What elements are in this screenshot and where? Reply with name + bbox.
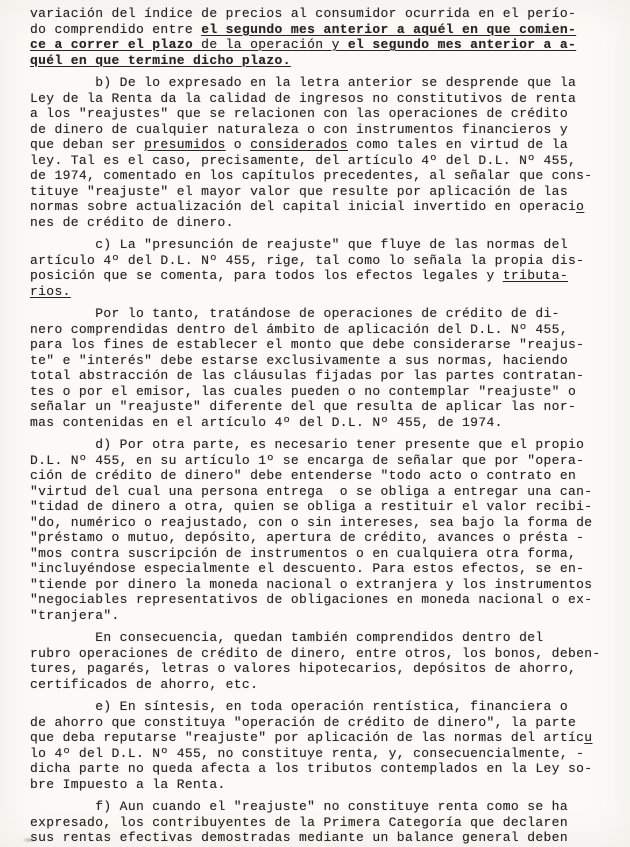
text-line: total abstracción de las cláusulas fijad… — [30, 368, 622, 384]
text-line: dicha parte no queda afecta a los tribut… — [30, 761, 622, 777]
text-line: Ley de la Renta da la calidad de ingreso… — [30, 91, 622, 107]
text-segment: "virtud del cual una persona entrega o s… — [30, 484, 592, 499]
text-segment: para los fines de establecer el monto qu… — [30, 337, 584, 352]
text-segment: total abstracción de las cláusulas fijad… — [30, 368, 584, 383]
text-line: lo 4º del D.L. Nº 455, no constituye ren… — [30, 746, 622, 762]
text-segment: "préstamo o mutuo, depósito, apertura de… — [30, 530, 584, 545]
text-segment: posición que se comenta, para todos los … — [30, 268, 503, 283]
text-segment: a los "reajustes" que se relacionen con … — [30, 106, 568, 121]
text-segment: quél en que termine dicho plazo. — [30, 53, 291, 68]
text-line: "tiende por dinero la moneda nacional o … — [30, 577, 622, 593]
text-line: "tidad de dinero a otra, quien se obliga… — [30, 499, 622, 515]
text-line: c) La "presunción de reajuste" que fluye… — [30, 237, 622, 253]
text-line: expresado, los contribuyentes de la Prim… — [30, 815, 622, 831]
text-segment: te" e "interés" debe estarse exclusivame… — [30, 353, 568, 368]
text-segment: tributa- — [503, 268, 568, 283]
text-segment: o — [576, 199, 584, 214]
text-segment: normas sobre actualización del capital i… — [30, 199, 576, 214]
text-line: "negociables representativos de obligaci… — [30, 592, 622, 608]
text-segment: certificados de ahorro, etc. — [30, 677, 258, 692]
text-line: de 1974, comentado en los capítulos prec… — [30, 168, 622, 184]
text-segment: de dinero de cualquier naturaleza o con … — [30, 122, 568, 137]
text-segment: dicha parte no queda afecta a los tribut… — [30, 761, 592, 776]
text-line: f) Aun cuando el "reajuste" no constituy… — [30, 799, 622, 815]
text-segment: el segundo mes anterior a a- — [348, 37, 576, 52]
text-line: Por lo tanto, tratándose de operaciones … — [30, 306, 622, 322]
text-line: ce a correr el plazo de la operación y e… — [30, 37, 622, 53]
text-line: nes de crédito de dinero. — [30, 215, 622, 231]
text-segment: sus rentas efectivas demostradas mediant… — [30, 830, 568, 845]
text-segment: e) En síntesis, en toda operación rentís… — [30, 699, 568, 714]
text-line: variación del índice de precios al consu… — [30, 6, 622, 22]
text-segment: do comprendido entre — [30, 22, 201, 37]
text-segment: que deba reputarse "reajuste" por aplica… — [30, 730, 584, 745]
text-segment: de la operación y — [193, 37, 348, 52]
text-segment: "incluyéndose especialmente el descuento… — [30, 561, 584, 576]
text-line: do comprendido entre el segundo mes ante… — [30, 22, 622, 38]
text-segment: "mos contra suscripción de instrumentos … — [30, 546, 576, 561]
paragraph: f) Aun cuando el "reajuste" no constituy… — [30, 799, 622, 846]
text-segment: nes de crédito de dinero. — [30, 215, 234, 230]
text-segment: nero comprendidas dentro del ámbito de a… — [30, 322, 568, 337]
text-segment: de ahorro que constituya "operación de c… — [30, 715, 576, 730]
paragraph: e) En síntesis, en toda operación rentís… — [30, 699, 622, 792]
text-line: posición que se comenta, para todos los … — [30, 268, 622, 284]
document-body: variación del índice de precios al consu… — [0, 0, 630, 846]
text-segment: tes o por el emisor, las cuales pueden o… — [30, 384, 576, 399]
text-segment: rubro operaciones de crédito de dinero, … — [30, 646, 601, 661]
text-segment: tures, pagarés, letras o valores hipotec… — [30, 661, 576, 676]
text-line: que deba reputarse "reajuste" por aplica… — [30, 730, 622, 746]
text-segment: artículo 4º del D.L. Nº 455, rige, tal c… — [30, 253, 584, 268]
text-segment: b) De lo expresado en la letra anterior … — [30, 75, 576, 90]
text-line: "mos contra suscripción de instrumentos … — [30, 546, 622, 562]
text-line: d) Por otra parte, es necesario tener pr… — [30, 437, 622, 453]
text-line: tituye "reajuste" el mayor valor que res… — [30, 184, 622, 200]
text-segment: ley. Tal es el caso, precisamente, del a… — [30, 153, 576, 168]
text-line: "préstamo o mutuo, depósito, apertura de… — [30, 530, 622, 546]
paragraph: variación del índice de precios al consu… — [30, 6, 622, 68]
text-segment: "do, numérico o reajustado, con o sin in… — [30, 515, 592, 530]
text-segment: "tidad de dinero a otra, quien se obliga… — [30, 499, 592, 514]
text-segment: o — [226, 137, 250, 152]
text-line: bre Impuesto a la Renta. — [30, 777, 622, 793]
text-segment: "tranjera". — [30, 608, 120, 623]
text-line: e) En síntesis, en toda operación rentís… — [30, 699, 622, 715]
text-segment: Ley de la Renta da la calidad de ingreso… — [30, 91, 576, 106]
paragraph: En consecuencia, quedan también comprend… — [30, 630, 622, 692]
text-line: artículo 4º del D.L. Nº 455, rige, tal c… — [30, 253, 622, 269]
paragraph: Por lo tanto, tratándose de operaciones … — [30, 306, 622, 430]
text-segment: d) Por otra parte, es necesario tener pr… — [30, 437, 584, 452]
text-segment: rios. — [30, 284, 71, 299]
text-segment: de 1974, comentado en los capítulos prec… — [30, 168, 592, 183]
text-segment: señalar un "reajuste" diferente del que … — [30, 399, 576, 414]
text-line: te" e "interés" debe estarse exclusivame… — [30, 353, 622, 369]
text-line: sus rentas efectivas demostradas mediant… — [30, 830, 622, 846]
text-line: de dinero de cualquier naturaleza o con … — [30, 122, 622, 138]
text-line: ción de crédito de dinero" debe entender… — [30, 468, 622, 484]
text-line: "do, numérico o reajustado, con o sin in… — [30, 515, 622, 531]
text-segment: "negociables representativos de obligaci… — [30, 592, 592, 607]
text-line: rubro operaciones de crédito de dinero, … — [30, 646, 622, 662]
text-segment: Por lo tanto, tratándose de operaciones … — [30, 306, 560, 321]
scan-smudge — [22, 837, 36, 843]
text-line: "tranjera". — [30, 608, 622, 624]
text-line: "incluyéndose especialmente el descuento… — [30, 561, 622, 577]
text-line: para los fines de establecer el monto qu… — [30, 337, 622, 353]
text-segment: "tiende por dinero la moneda nacional o … — [30, 577, 592, 592]
text-line: "virtud del cual una persona entrega o s… — [30, 484, 622, 500]
text-segment: f) Aun cuando el "reajuste" no constituy… — [30, 799, 568, 814]
text-segment: presumidos — [144, 137, 226, 152]
text-line: quél en que termine dicho plazo. — [30, 53, 622, 69]
text-segment: En consecuencia, quedan también comprend… — [30, 630, 544, 645]
paragraph: d) Por otra parte, es necesario tener pr… — [30, 437, 622, 623]
text-line: D.L. Nº 455, en su artículo 1º se encarg… — [30, 453, 622, 469]
text-line: señalar un "reajuste" diferente del que … — [30, 399, 622, 415]
text-segment: c) La "presunción de reajuste" que fluye… — [30, 237, 568, 252]
paragraph: c) La "presunción de reajuste" que fluye… — [30, 237, 622, 299]
text-line: normas sobre actualización del capital i… — [30, 199, 622, 215]
text-segment: considerados — [250, 137, 348, 152]
text-line: de ahorro que constituya "operación de c… — [30, 715, 622, 731]
text-segment: mas contenidas en el artículo 4º del D.L… — [30, 415, 503, 430]
text-line: ley. Tal es el caso, precisamente, del a… — [30, 153, 622, 169]
text-line: que deban ser presumidos o considerados … — [30, 137, 622, 153]
text-segment: como tales en virtud de la — [348, 137, 568, 152]
text-line: tures, pagarés, letras o valores hipotec… — [30, 661, 622, 677]
text-segment: el segundo mes anterior a aquél en que c… — [201, 22, 576, 37]
text-segment: lo 4º del D.L. Nº 455, no constituye ren… — [30, 746, 584, 761]
text-segment: u — [584, 730, 592, 745]
text-line: b) De lo expresado en la letra anterior … — [30, 75, 622, 91]
text-segment: expresado, los contribuyentes de la Prim… — [30, 815, 568, 830]
text-segment: D.L. Nº 455, en su artículo 1º se encarg… — [30, 453, 584, 468]
text-segment: tituye "reajuste" el mayor valor que res… — [30, 184, 568, 199]
text-segment: que deban ser — [30, 137, 144, 152]
text-line: a los "reajustes" que se relacionen con … — [30, 106, 622, 122]
text-line: certificados de ahorro, etc. — [30, 677, 622, 693]
document-page: variación del índice de precios al consu… — [0, 0, 630, 847]
text-line: nero comprendidas dentro del ámbito de a… — [30, 322, 622, 338]
text-segment: variación del índice de precios al consu… — [30, 6, 576, 21]
text-line: En consecuencia, quedan también comprend… — [30, 630, 622, 646]
paragraph: b) De lo expresado en la letra anterior … — [30, 75, 622, 230]
text-segment: bre Impuesto a la Renta. — [30, 777, 226, 792]
text-line: mas contenidas en el artículo 4º del D.L… — [30, 415, 622, 431]
text-segment: ce a correr el plazo — [30, 37, 193, 52]
text-segment: ción de crédito de dinero" debe entender… — [30, 468, 576, 483]
text-line: tes o por el emisor, las cuales pueden o… — [30, 384, 622, 400]
text-line: rios. — [30, 284, 622, 300]
